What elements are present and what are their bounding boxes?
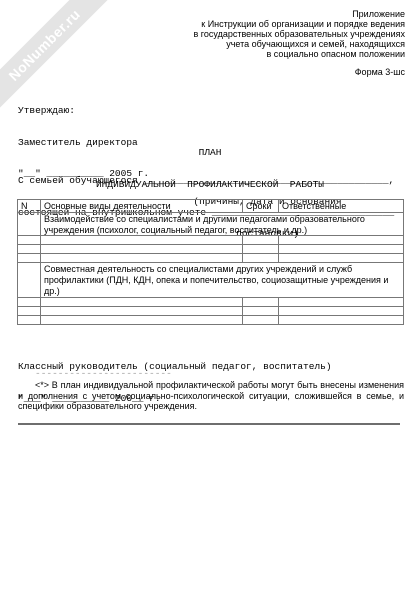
activity-cell: Взаимодействие со специалистами и другим… [41,212,404,236]
activity-section-row: Взаимодействие со специалистами и другим… [18,212,404,236]
footnote-text: <*> В план индивидуальной профилактическ… [18,380,404,412]
form-number-label: Форма 3-шс [194,67,406,77]
col-header-terms: Сроки [243,200,279,213]
activity-section-row: Совместная деятельность со специалистами… [18,263,404,297]
header-note-line: учета обучающихся и семей, находящихся [194,39,406,49]
plan-table: N Основные виды деятельности Сроки Ответ… [17,199,404,325]
empty-row [18,306,404,315]
header-note-line: в социально опасном положении [194,49,406,59]
header-note-line: Приложение [194,9,406,19]
header-note: Приложение к Инструкции об организации и… [194,9,406,77]
footnote-separator: ------------------------ [35,369,172,378]
table-header-row: N Основные виды деятельности Сроки Ответ… [18,200,404,213]
header-note-line: к Инструкции об организации и порядке ве… [194,19,406,29]
empty-row [18,236,404,245]
document-page: NoNumber.ru Приложение к Инструкции об о… [0,0,420,600]
activity-cell: Совместная деятельность со специалистами… [41,263,404,297]
col-header-responsible: Ответственные [279,200,404,213]
number-cell [18,212,41,236]
empty-row [18,254,404,263]
col-header-activities: Основные виды деятельности [41,200,243,213]
header-note-line: в государственных образовательных учрежд… [194,29,406,39]
approval-word: Утверждаю: [18,106,149,117]
bottom-rule [18,423,400,425]
watermark-text: NoNumber.ru [5,6,83,84]
col-header-number: N [18,200,41,213]
empty-row [18,297,404,306]
number-cell [18,263,41,297]
empty-row [18,315,404,324]
empty-row [18,245,404,254]
